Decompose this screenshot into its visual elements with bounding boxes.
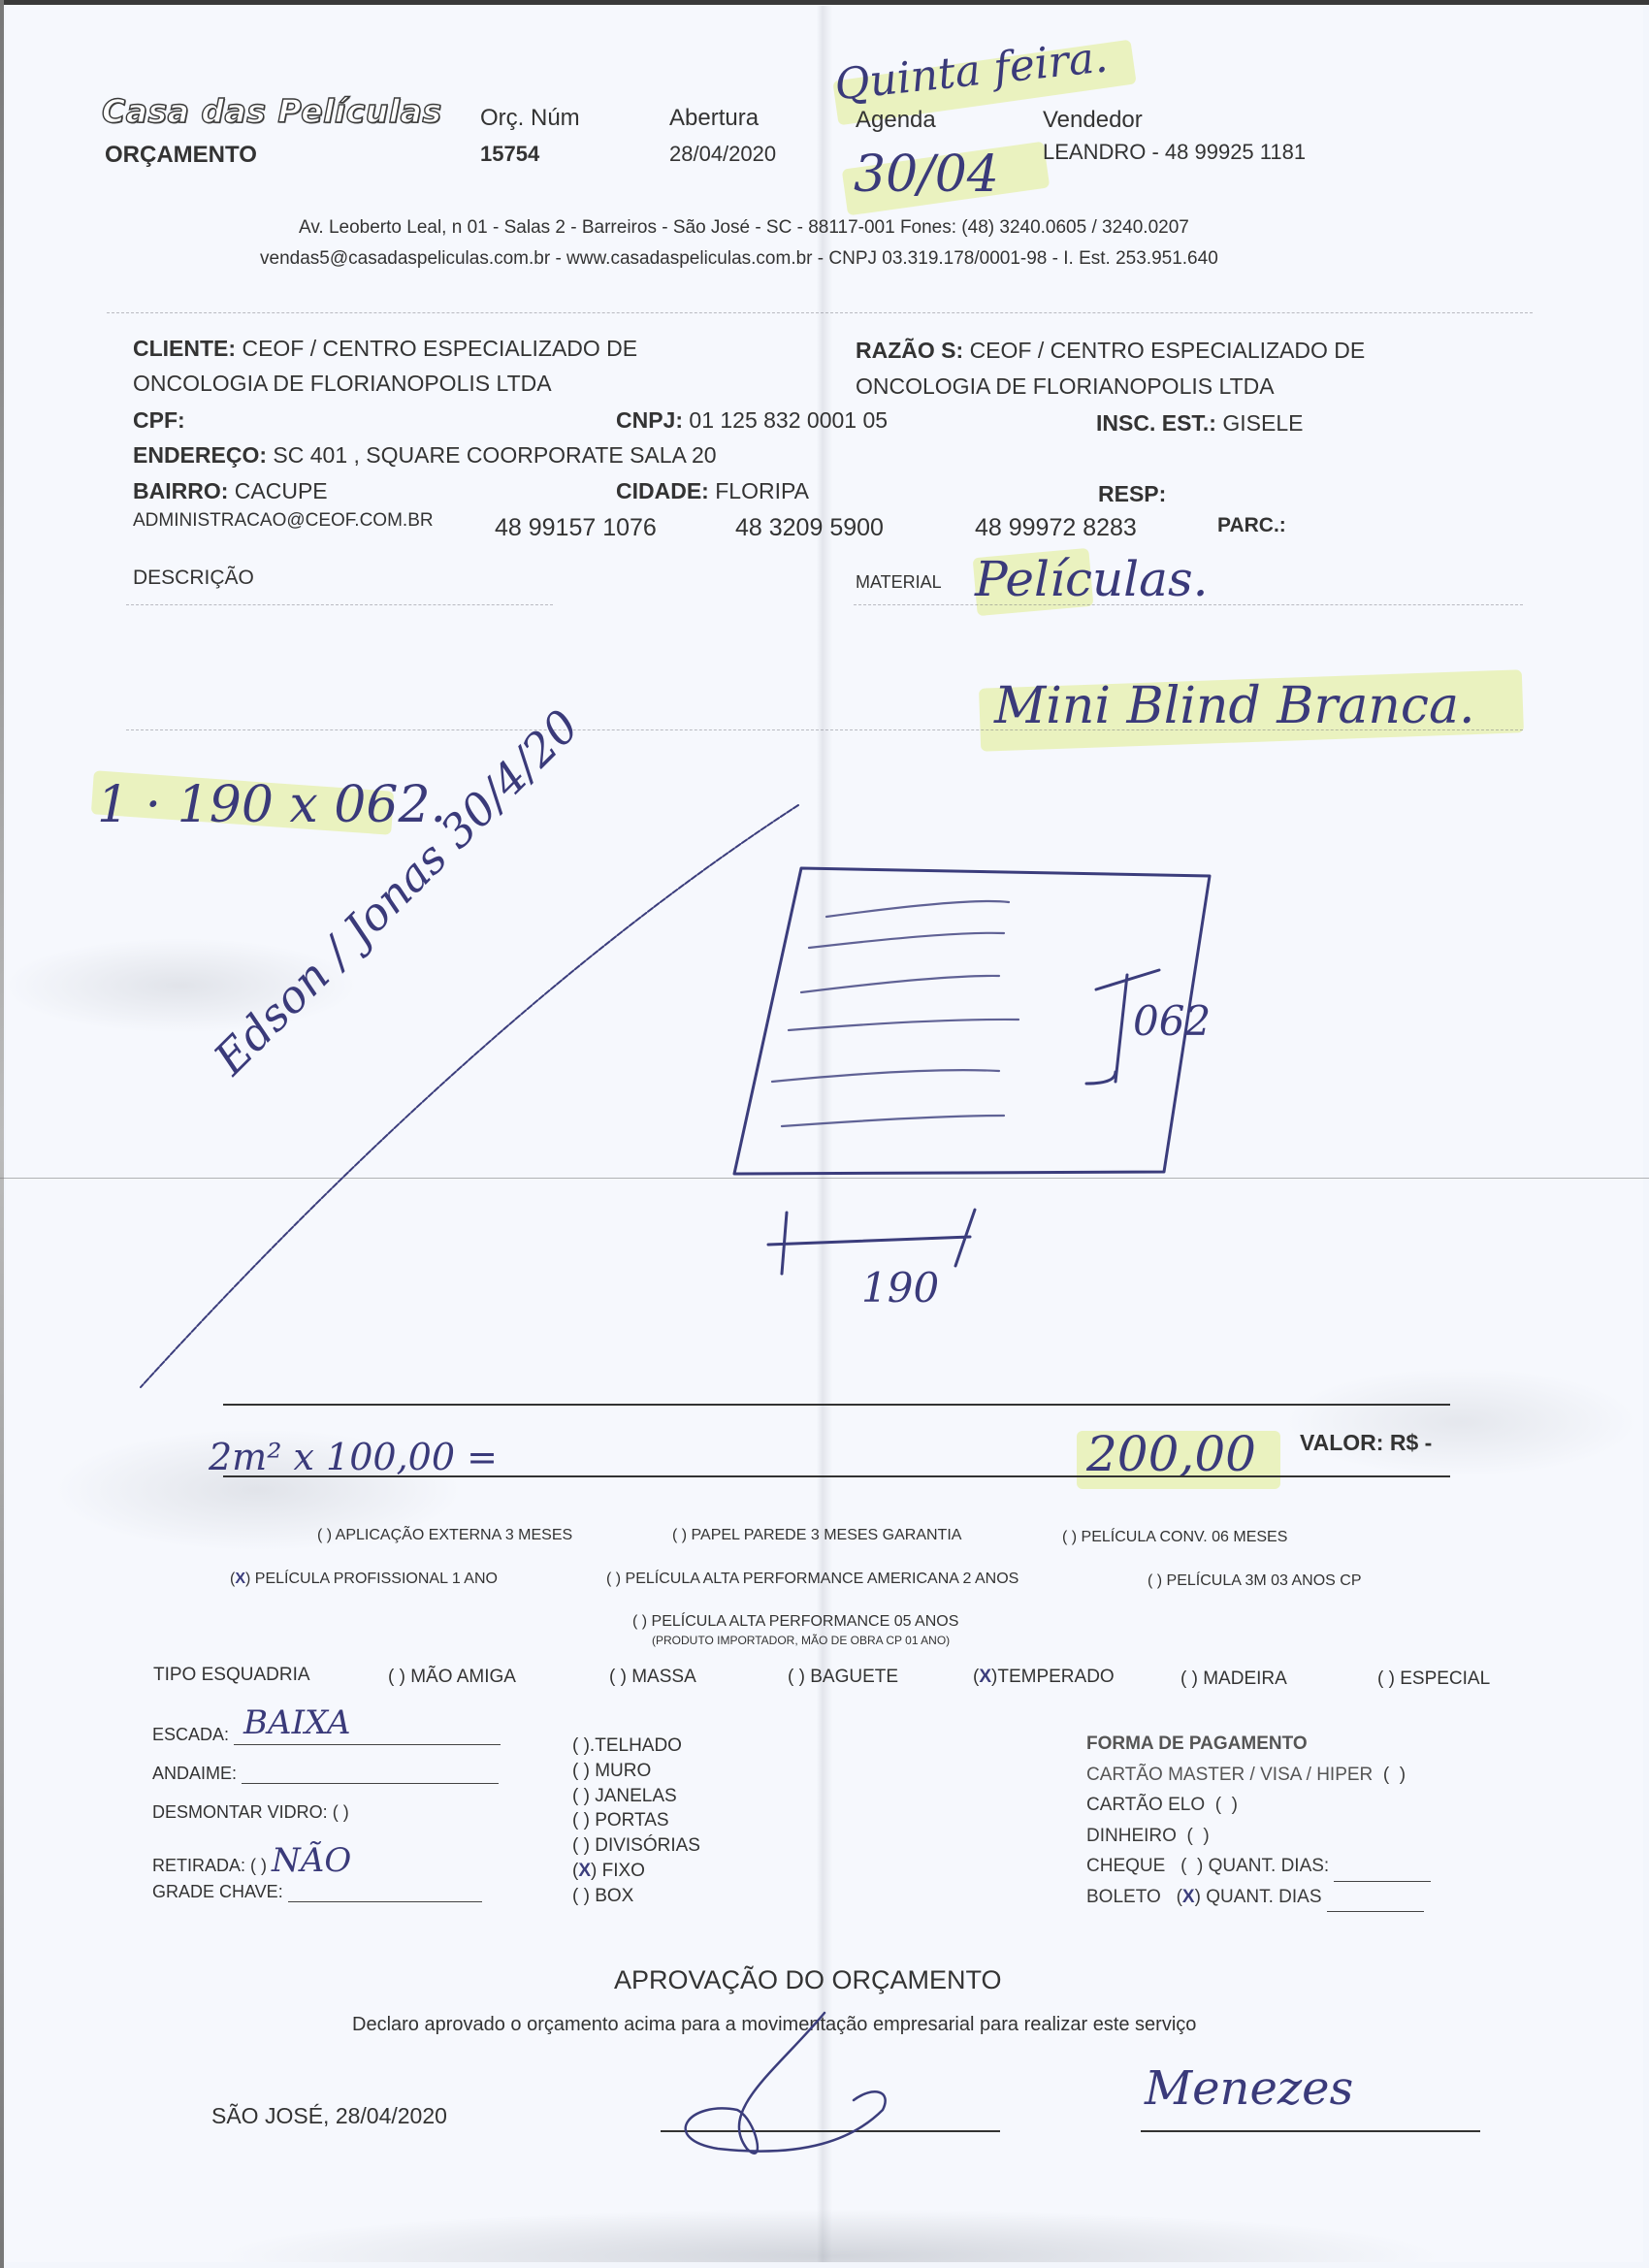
location-option-checked[interactable]: (X) FIXO	[572, 1859, 700, 1884]
andaime-label: ANDAIME:	[152, 1764, 237, 1783]
payment-title: FORMA DE PAGAMENTO	[1086, 1729, 1431, 1760]
desmontar-label: DESMONTAR VIDRO:	[152, 1802, 328, 1822]
location-options: ( ).TELHADO ( ) MURO ( ) JANELAS ( ) POR…	[572, 1733, 700, 1909]
grade-field[interactable]	[288, 1884, 482, 1902]
grade-label: GRADE CHAVE:	[152, 1882, 283, 1901]
andaime-field[interactable]	[242, 1766, 499, 1784]
location-option[interactable]: ( ) BOX	[572, 1884, 700, 1909]
window-sketch	[0, 0, 1649, 1455]
location-option[interactable]: ( ) PORTAS	[572, 1808, 700, 1833]
esquadria-option[interactable]: ( ) MADEIRA	[1180, 1669, 1287, 1690]
location-option[interactable]: ( ) MURO	[572, 1759, 700, 1784]
escada-label: ESCADA:	[152, 1725, 229, 1744]
payment-option-checked[interactable]: BOLETO (X) QUANT. DIAS	[1086, 1882, 1431, 1913]
place-date: SÃO JOSÉ, 28/04/2020	[211, 2103, 447, 2129]
approval-title: APROVAÇÃO DO ORÇAMENTO	[614, 1965, 1002, 1995]
esquadria-option[interactable]: ( ) MASSA	[609, 1667, 696, 1688]
esquadria-label: TIPO ESQUADRIA	[153, 1665, 310, 1686]
warranty-option-checked[interactable]: (X) PELÍCULA PROFISSIONAL 1 ANO	[230, 1571, 498, 1588]
warranty-option[interactable]: ( ) PELÍCULA 3M 03 ANOS CP	[1148, 1572, 1362, 1590]
signature-line-2[interactable]	[1141, 2130, 1480, 2132]
esquadria-option[interactable]: ( ) MÃO AMIGA	[388, 1667, 516, 1688]
location-option[interactable]: ( ) DIVISÓRIAS	[572, 1833, 700, 1859]
retirada-handwritten: NÃO	[272, 1841, 351, 1880]
warranty-option[interactable]: ( ) PELÍCULA CONV. 06 MESES	[1062, 1529, 1287, 1546]
retirada-label: RETIRADA:	[152, 1856, 245, 1875]
desmontar-checkbox[interactable]: ( )	[333, 1802, 349, 1822]
warranty-option[interactable]: ( ) PAPEL PAREDE 3 MESES GARANTIA	[672, 1527, 961, 1544]
location-option[interactable]: ( ).TELHADO	[572, 1733, 700, 1759]
payment-section: FORMA DE PAGAMENTO CARTÃO MASTER / VISA …	[1086, 1729, 1431, 1912]
retirada-checkbox[interactable]: ( )	[250, 1856, 267, 1875]
sketch-height-value: 062	[1133, 997, 1211, 1045]
payment-option[interactable]: CARTÃO MASTER / VISA / HIPER ( )	[1086, 1760, 1431, 1791]
amount-handwritten: 200,00	[1086, 1426, 1256, 1482]
warranty-option[interactable]: ( ) PELÍCULA ALTA PERFORMANCE 05 ANOS	[632, 1613, 958, 1631]
diagonal-line	[141, 805, 798, 1387]
rule-line	[223, 1475, 1450, 1477]
payment-option[interactable]: CARTÃO ELO ( )	[1086, 1790, 1431, 1821]
esquadria-option-checked[interactable]: (X)TEMPERADO	[973, 1667, 1115, 1688]
signature-1	[660, 2003, 970, 2168]
payment-option[interactable]: DINHEIRO ( )	[1086, 1821, 1431, 1852]
escada-field[interactable]: BAIXA	[234, 1727, 501, 1745]
esquadria-option[interactable]: ( ) BAGUETE	[788, 1667, 898, 1688]
valor-label: VALOR: R$ -	[1300, 1430, 1432, 1456]
payment-option[interactable]: CHEQUE ( ) QUANT. DIAS:	[1086, 1851, 1431, 1882]
signature-2: Menezes	[1145, 2061, 1353, 2116]
warranty-note: (PRODUTO IMPORTADOR, MÃO DE OBRA CP 01 A…	[652, 1634, 950, 1647]
warranty-option[interactable]: ( ) PELÍCULA ALTA PERFORMANCE AMERICANA …	[606, 1571, 1018, 1588]
sketch-width-value: 190	[861, 1264, 939, 1312]
location-option[interactable]: ( ) JANELAS	[572, 1784, 700, 1809]
warranty-option[interactable]: ( ) APLICAÇÃO EXTERNA 3 MESES	[317, 1527, 572, 1544]
rule-line	[223, 1404, 1450, 1406]
calc-handwritten: 2m² x 100,00 =	[209, 1436, 498, 1478]
esquadria-option[interactable]: ( ) ESPECIAL	[1377, 1669, 1490, 1690]
